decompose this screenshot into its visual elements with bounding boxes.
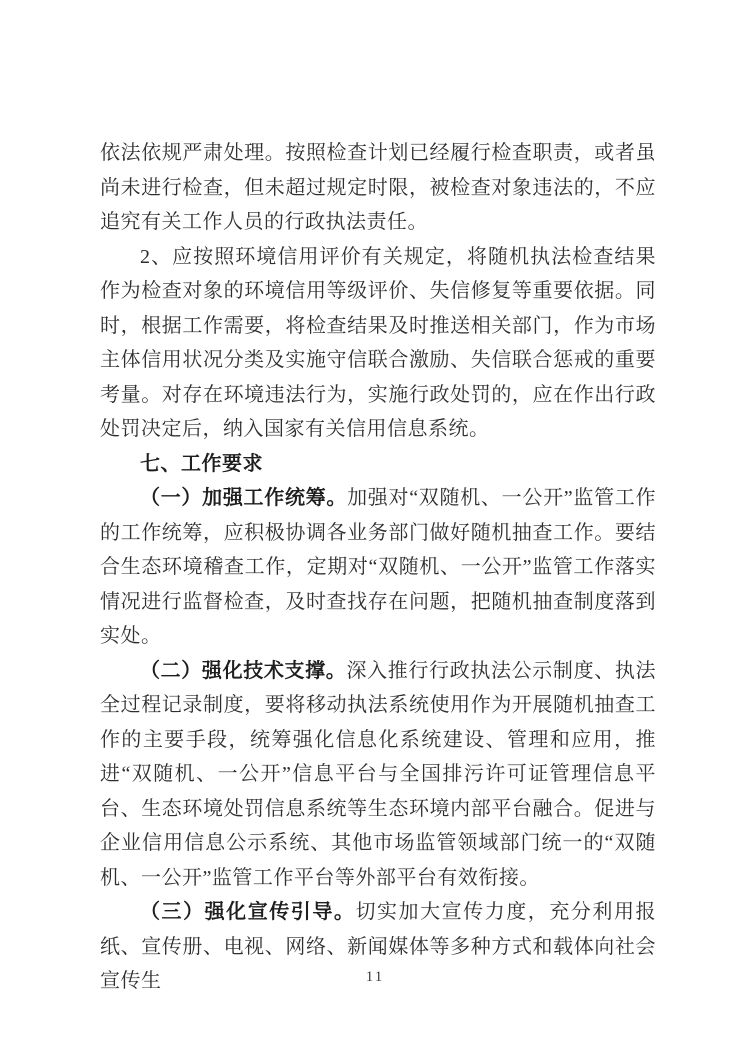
document-page: 依法依规严肃处理。按照检查计划已经履行检查职责，或者虽尚未进行检查，但未超过规定…	[0, 0, 750, 1060]
paragraph-text: 深入推行行政执法公示制度、执法全过程记录制度，要将移动执法系统使用作为开展随机抽…	[100, 660, 656, 889]
document-body: 依法依规严肃处理。按照检查计划已经履行检查职责，或者虽尚未进行检查，但未超过规定…	[100, 136, 656, 999]
paragraph-text: 依法依规严肃处理。按照检查计划已经履行检查职责，或者虽尚未进行检查，但未超过规定…	[100, 142, 656, 233]
paragraph: （一）加强工作统筹。加强对“双随机、一公开”监管工作的工作统筹，应积极协调各业务…	[100, 481, 656, 654]
paragraph-lead: （一）加强工作统筹。	[140, 487, 347, 509]
paragraph-text: 加强对“双随机、一公开”监管工作的工作统筹，应积极协调各业务部门做好随机抽查工作…	[100, 487, 656, 647]
paragraph: 依法依规严肃处理。按照检查计划已经履行检查职责，或者虽尚未进行检查，但未超过规定…	[100, 136, 656, 240]
paragraph: 2、应按照环境信用评价有关规定，将随机执法检查结果作为检查对象的环境信用等级评价…	[100, 240, 656, 447]
section-heading: 七、工作要求	[100, 447, 656, 482]
paragraph-lead: （二）强化技术支撑。	[140, 660, 346, 682]
section-heading-text: 七、工作要求	[140, 453, 263, 475]
paragraph: （二）强化技术支撑。深入推行行政执法公示制度、执法全过程记录制度，要将移动执法系…	[100, 654, 656, 896]
paragraph-text: 2、应按照环境信用评价有关规定，将随机执法检查结果作为检查对象的环境信用等级评价…	[100, 246, 656, 441]
paragraph-lead: （三）强化宣传引导。	[140, 901, 355, 923]
page-number: 11	[0, 969, 750, 986]
